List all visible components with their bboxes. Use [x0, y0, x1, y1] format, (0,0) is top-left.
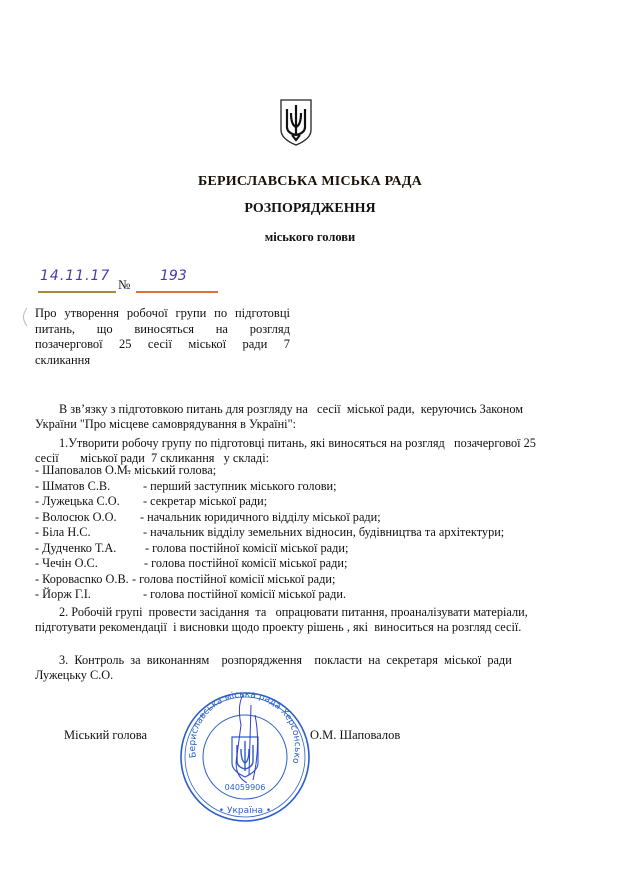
- member-role: - міський голова;: [127, 463, 216, 479]
- item-3-line: Лужецьку С.О.: [35, 668, 575, 683]
- member-name: - Шаповалов О.М.: [35, 463, 131, 479]
- scan-mark: [18, 307, 28, 327]
- member-row: - Волосюк О.О.- начальник юридичного від…: [35, 510, 595, 526]
- number-sign: №: [118, 277, 130, 293]
- member-role: - перший заступник міського голови;: [143, 479, 337, 495]
- member-name: - Біла Н.С.: [35, 525, 91, 541]
- member-row: - Шаповалов О.М.- міський голова;: [35, 463, 595, 479]
- member-row: - Дудченко Т.А.- голова постійної комісі…: [35, 541, 595, 557]
- member-row: - Чечін О.С.- голова постійної комісії м…: [35, 556, 595, 572]
- preamble: В зв’язку з підготовкою питань для розгл…: [35, 402, 575, 433]
- issuer: міського голови: [0, 230, 620, 245]
- preamble-line: України "Про місцеве самоврядування в Ук…: [35, 417, 575, 432]
- official-stamp: Бериславська міська рада Херсонської обл…: [175, 685, 315, 825]
- member-role: - голова постійної комісії міської ради;: [145, 541, 348, 557]
- member-role: - голова постійної комісії міської ради;: [144, 556, 347, 572]
- member-row: - Йорж Г.І.- голова постійної комісії мі…: [35, 587, 595, 603]
- member-role: - начальник юридичного відділу міської р…: [140, 510, 381, 526]
- item-2: 2. Робочій групі провести засідання та о…: [35, 605, 575, 636]
- member-role: - начальник відділу земельних відносин, …: [143, 525, 504, 541]
- handwritten-date: 14.11.17: [40, 268, 110, 284]
- member-name: - Коровасnко О.В.: [35, 572, 129, 588]
- subject-line: питань, що виносяться на розгляд: [35, 322, 290, 338]
- subject-line: скликання: [35, 353, 290, 369]
- member-row: - Біла Н.С.- начальник відділу земельних…: [35, 525, 595, 541]
- trident-coat-of-arms-icon: [278, 97, 314, 147]
- member-row: - Шматов С.В.- перший заступник міського…: [35, 479, 595, 495]
- stamp-code: 04059906: [225, 783, 266, 792]
- member-name: - Волосюк О.О.: [35, 510, 117, 526]
- date-underline: [38, 291, 116, 293]
- item-1: 1.Утворити робочу групу по підготовці пи…: [35, 436, 575, 467]
- handwritten-number: 193: [160, 268, 187, 284]
- member-role: - секретар міської ради;: [143, 494, 267, 510]
- item-3-line: 3. Контроль за виконанням розпорядження …: [35, 653, 575, 668]
- member-name: - Йорж Г.І.: [35, 587, 91, 603]
- member-role: - голова постійної комісії міської ради.: [143, 587, 346, 603]
- members-list: - Шаповалов О.М.- міський голова; - Шмат…: [35, 463, 595, 603]
- document-type: РОЗПОРЯДЖЕННЯ: [0, 201, 620, 217]
- number-underline: [136, 291, 218, 293]
- svg-text:• Україна •: • Україна •: [219, 806, 271, 816]
- member-row: - Коровасnко О.В.- голова постійної комі…: [35, 572, 595, 588]
- signature-position: Міський голова: [64, 728, 147, 743]
- member-name: - Шматов С.В.: [35, 479, 110, 495]
- item-3: 3. Контроль за виконанням розпорядження …: [35, 653, 575, 684]
- subject-line: Про утворення робочої групи по підготовц…: [35, 306, 290, 322]
- item-2-line: 2. Робочій групі провести засідання та о…: [35, 605, 575, 620]
- preamble-line: В зв’язку з підготовкою питань для розгл…: [35, 402, 575, 417]
- item-2-line: підготувати рекомендації і висновки щодо…: [35, 620, 575, 635]
- member-name: - Чечін О.С.: [35, 556, 98, 572]
- subject-block: Про утворення робочої групи по підготовц…: [35, 306, 290, 368]
- member-name: - Дудченко Т.А.: [35, 541, 116, 557]
- registration-line: 14.11.17 № 193: [38, 268, 218, 294]
- member-name: - Лужецька С.О.: [35, 494, 120, 510]
- member-role: - голова постійної комісії міської ради;: [132, 572, 335, 588]
- item-1-line: 1.Утворити робочу групу по підготовці пи…: [35, 436, 575, 451]
- subject-line: позачергової 25 сесії міської ради 7: [35, 337, 290, 353]
- council-name: БЕРИСЛАВСЬКА МІСЬКА РАДА: [0, 174, 620, 190]
- member-row: - Лужецька С.О.- секретар міської ради;: [35, 494, 595, 510]
- signature-name: О.М. Шаповалов: [310, 728, 400, 743]
- svg-text:Бериславська міська рада Херсо: Бериславська міська рада Херсонської обл…: [175, 685, 302, 765]
